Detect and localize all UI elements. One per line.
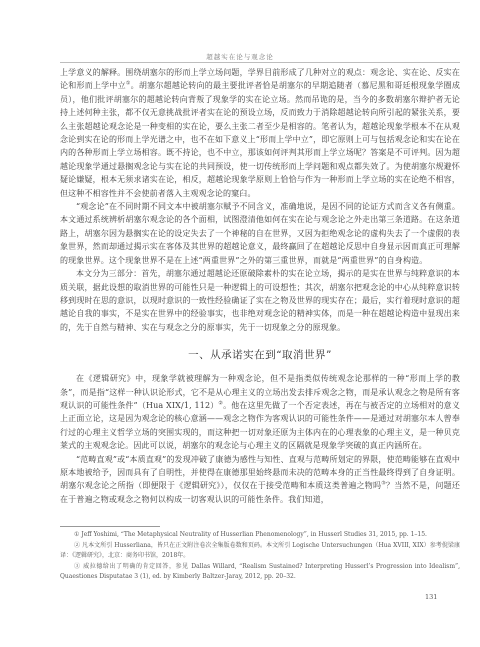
paragraph-text: 本文分为三部分：首先，胡塞尔通过超越论还原破除素朴的实在论立场，揭示的是实在世界… <box>60 269 460 332</box>
footnote-marker: ① <box>74 531 79 538</box>
section-heading: 一、从承诺实在到“取消世界” <box>60 347 460 362</box>
body-text: 上学意义的解释。围绕胡塞尔的形而上学立场问题，学界目前形成了几种对立的观点：观念… <box>60 66 460 506</box>
header-rule <box>60 62 460 63</box>
footnotes: ① Jeff Yoshimi, “The Metaphysical Neutra… <box>60 530 460 583</box>
paragraph-1: 上学意义的解释。围绕胡塞尔的形而上学立场问题，学界目前形成了几种对立的观点：观念… <box>60 66 460 200</box>
footnote-divider <box>60 526 160 527</box>
paragraph-3: 本文分为三部分：首先，胡塞尔通过超越论还原破除素朴的实在论立场，揭示的是实在世界… <box>60 267 460 334</box>
footnote-text: 威拉德给出了明确的肯定回答，参见 Dallas Willard, “Realis… <box>60 563 460 581</box>
section-paragraph-2: “范畴直观”或“本质直观”的发现冲破了康德为感性与知性、直观与范畴所划定的界限，… <box>60 453 460 507</box>
paragraph-text-cont: 。胡塞尔超越论转向的最主要批评者恰是胡塞尔的早期追随者（慕尼黑和哥廷根现象学圈成… <box>60 81 460 197</box>
footnote-2: ② 凡本文所引 Husserliana，皆只在正文附注卷次全集版卷数和页码。本文… <box>60 541 460 562</box>
page-number: 131 <box>425 593 437 601</box>
footnote-3: ③ 威拉德给出了明确的肯定回答，参见 Dallas Willard, “Real… <box>60 562 460 583</box>
footnote-1: ① Jeff Yoshimi, “The Metaphysical Neutra… <box>60 530 460 541</box>
paragraph-2: “观念论”在不同时期不同文本中被胡塞尔赋予不同含义，准确地说，是因不同的论证方式… <box>60 200 460 267</box>
section-paragraph-1: 在《逻辑研究》中，现象学就被理解为一种观念论，但不是指类似传统观念论那样的一种“… <box>60 372 460 452</box>
paragraph-text: “观念论”在不同时期不同文本中被胡塞尔赋予不同含义，准确地说，是因不同的论证方式… <box>60 202 460 265</box>
footnote-text: 凡本文所引 Husserliana，皆只在正文附注卷次全集版卷数和页码。本文所引… <box>60 542 460 560</box>
footnote-marker: ② <box>74 542 80 549</box>
running-head: 超越实在论与观念论 <box>0 52 480 61</box>
footnote-marker: ③ <box>74 563 81 570</box>
footnote-text: Jeff Yoshimi, “The Metaphysical Neutrali… <box>81 531 427 538</box>
paper-page: 超越实在论与观念论 上学意义的解释。围绕胡塞尔的形而上学立场问题，学界目前形成了… <box>0 0 480 647</box>
